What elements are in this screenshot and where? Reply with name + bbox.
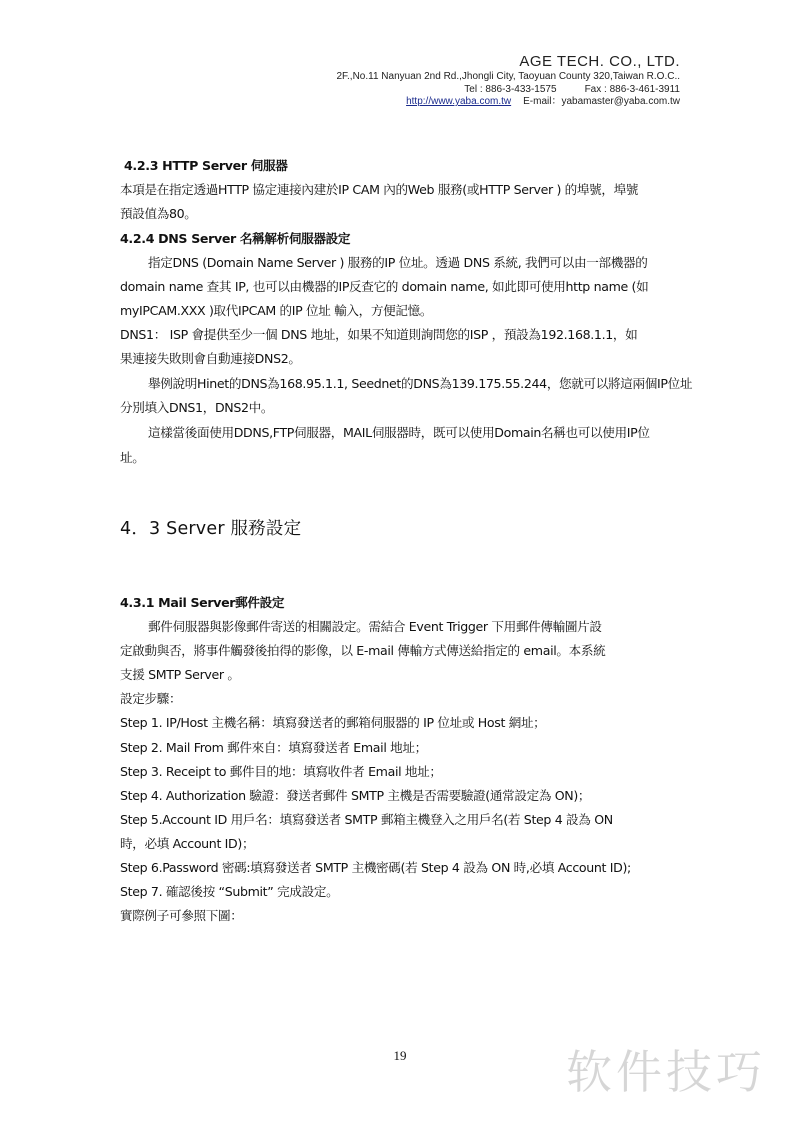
- letterhead: AGE TECH. CO., LTD. 2F.,No.11 Nanyuan 2n…: [336, 52, 680, 109]
- step-2: Step 2. Mail From 郵件來自：填寫發送者 Email 地址；: [120, 740, 682, 756]
- section-heading-4-3: 4．3 Server 服務設定: [120, 518, 682, 540]
- paragraph-line: 址。: [120, 450, 682, 466]
- paragraph-line: 這樣當後面使用DDNS,FTP伺服器，MAIL伺服器時，既可以使用Domain名…: [120, 425, 682, 441]
- paragraph-line: 舉例說明Hinet的DNS為168.95.1.1, Seednet的DNS為13…: [120, 376, 682, 392]
- steps-label: 設定步驟：: [120, 691, 682, 707]
- watermark-text: 软件技巧: [566, 1036, 766, 1102]
- paragraph-line: 指定DNS (Domain Name Server ) 服務的IP 位址。透過 …: [120, 255, 682, 271]
- paragraph-line: 本項是在指定透過HTTP 協定連接內建於IP CAM 內的Web 服務(或HTT…: [120, 182, 682, 198]
- contact-phone-fax: Tel : 886-3-433-1575Fax : 886-3-461-3911: [336, 84, 680, 97]
- paragraph-line: DNS1： ISP 會提供至少一個 DNS 地址，如果不知道則詢問您的ISP ，…: [120, 327, 682, 343]
- paragraph-line: 分別填入DNS1，DNS2中。: [120, 400, 682, 416]
- company-address: 2F.,No.11 Nanyuan 2nd Rd.,Jhongli City, …: [336, 71, 680, 84]
- paragraph-line: 支援 SMTP Server 。: [120, 667, 682, 683]
- step-4: Step 4. Authorization 驗證：發送者郵件 SMTP 主機是否…: [120, 788, 682, 804]
- email-address: E-mail：yabamaster@yaba.com.tw: [523, 96, 680, 107]
- paragraph-line: myIPCAM.XXX )取代IPCAM 的IP 位址 輸入，方便記憶。: [120, 303, 682, 319]
- step-7: Step 7. 確認後按 “Submit” 完成設定。: [120, 884, 682, 900]
- paragraph-line: domain name 查其 IP, 也可以由機器的IP反查它的 domain …: [120, 279, 682, 295]
- section-heading-4-2-4: 4.2.4 DNS Server 名稱解析伺服器設定: [120, 231, 682, 247]
- fax-number: Fax : 886-3-461-3911: [585, 84, 680, 95]
- tel-number: Tel : 886-3-433-1575: [464, 84, 556, 95]
- paragraph-line: 郵件伺服器與影像郵件寄送的相關設定。需結合 Event Trigger 下用郵件…: [120, 619, 682, 635]
- paragraph-line: 定啟動與否，將事件觸發後拍得的影像，以 E-mail 傳輸方式傳送給指定的 em…: [120, 643, 682, 659]
- company-name: AGE TECH. CO., LTD.: [336, 52, 680, 71]
- figure-reference: 實際例子可參照下圖：: [120, 908, 682, 924]
- paragraph-line: 果連接失敗則會自動連接DNS2。: [120, 351, 682, 367]
- step-5: Step 5.Account ID 用戶名：填寫發送者 SMTP 郵箱主機登入之…: [120, 812, 682, 828]
- paragraph-line: 預設值為80。: [120, 206, 682, 222]
- website-link[interactable]: http://www.yaba.com.tw: [406, 96, 511, 107]
- contact-web-email: http://www.yaba.com.twE-mail：yabamaster@…: [336, 96, 680, 109]
- section-heading-4-3-1: 4.3.1 Mail Server郵件設定: [120, 595, 682, 611]
- step-3: Step 3. Receipt to 郵件目的地：填寫收件者 Email 地址；: [120, 764, 682, 780]
- step-6: Step 6.Password 密碼:填寫發送者 SMTP 主機密碼(若 Ste…: [120, 860, 682, 876]
- section-heading-4-2-3: 4.2.3 HTTP Server 伺服器: [120, 158, 686, 174]
- step-1: Step 1. IP/Host 主機名稱：填寫發送者的郵箱伺服器的 IP 位址或…: [120, 715, 682, 731]
- step-5-continued: 時，必填 Account ID)；: [120, 836, 682, 852]
